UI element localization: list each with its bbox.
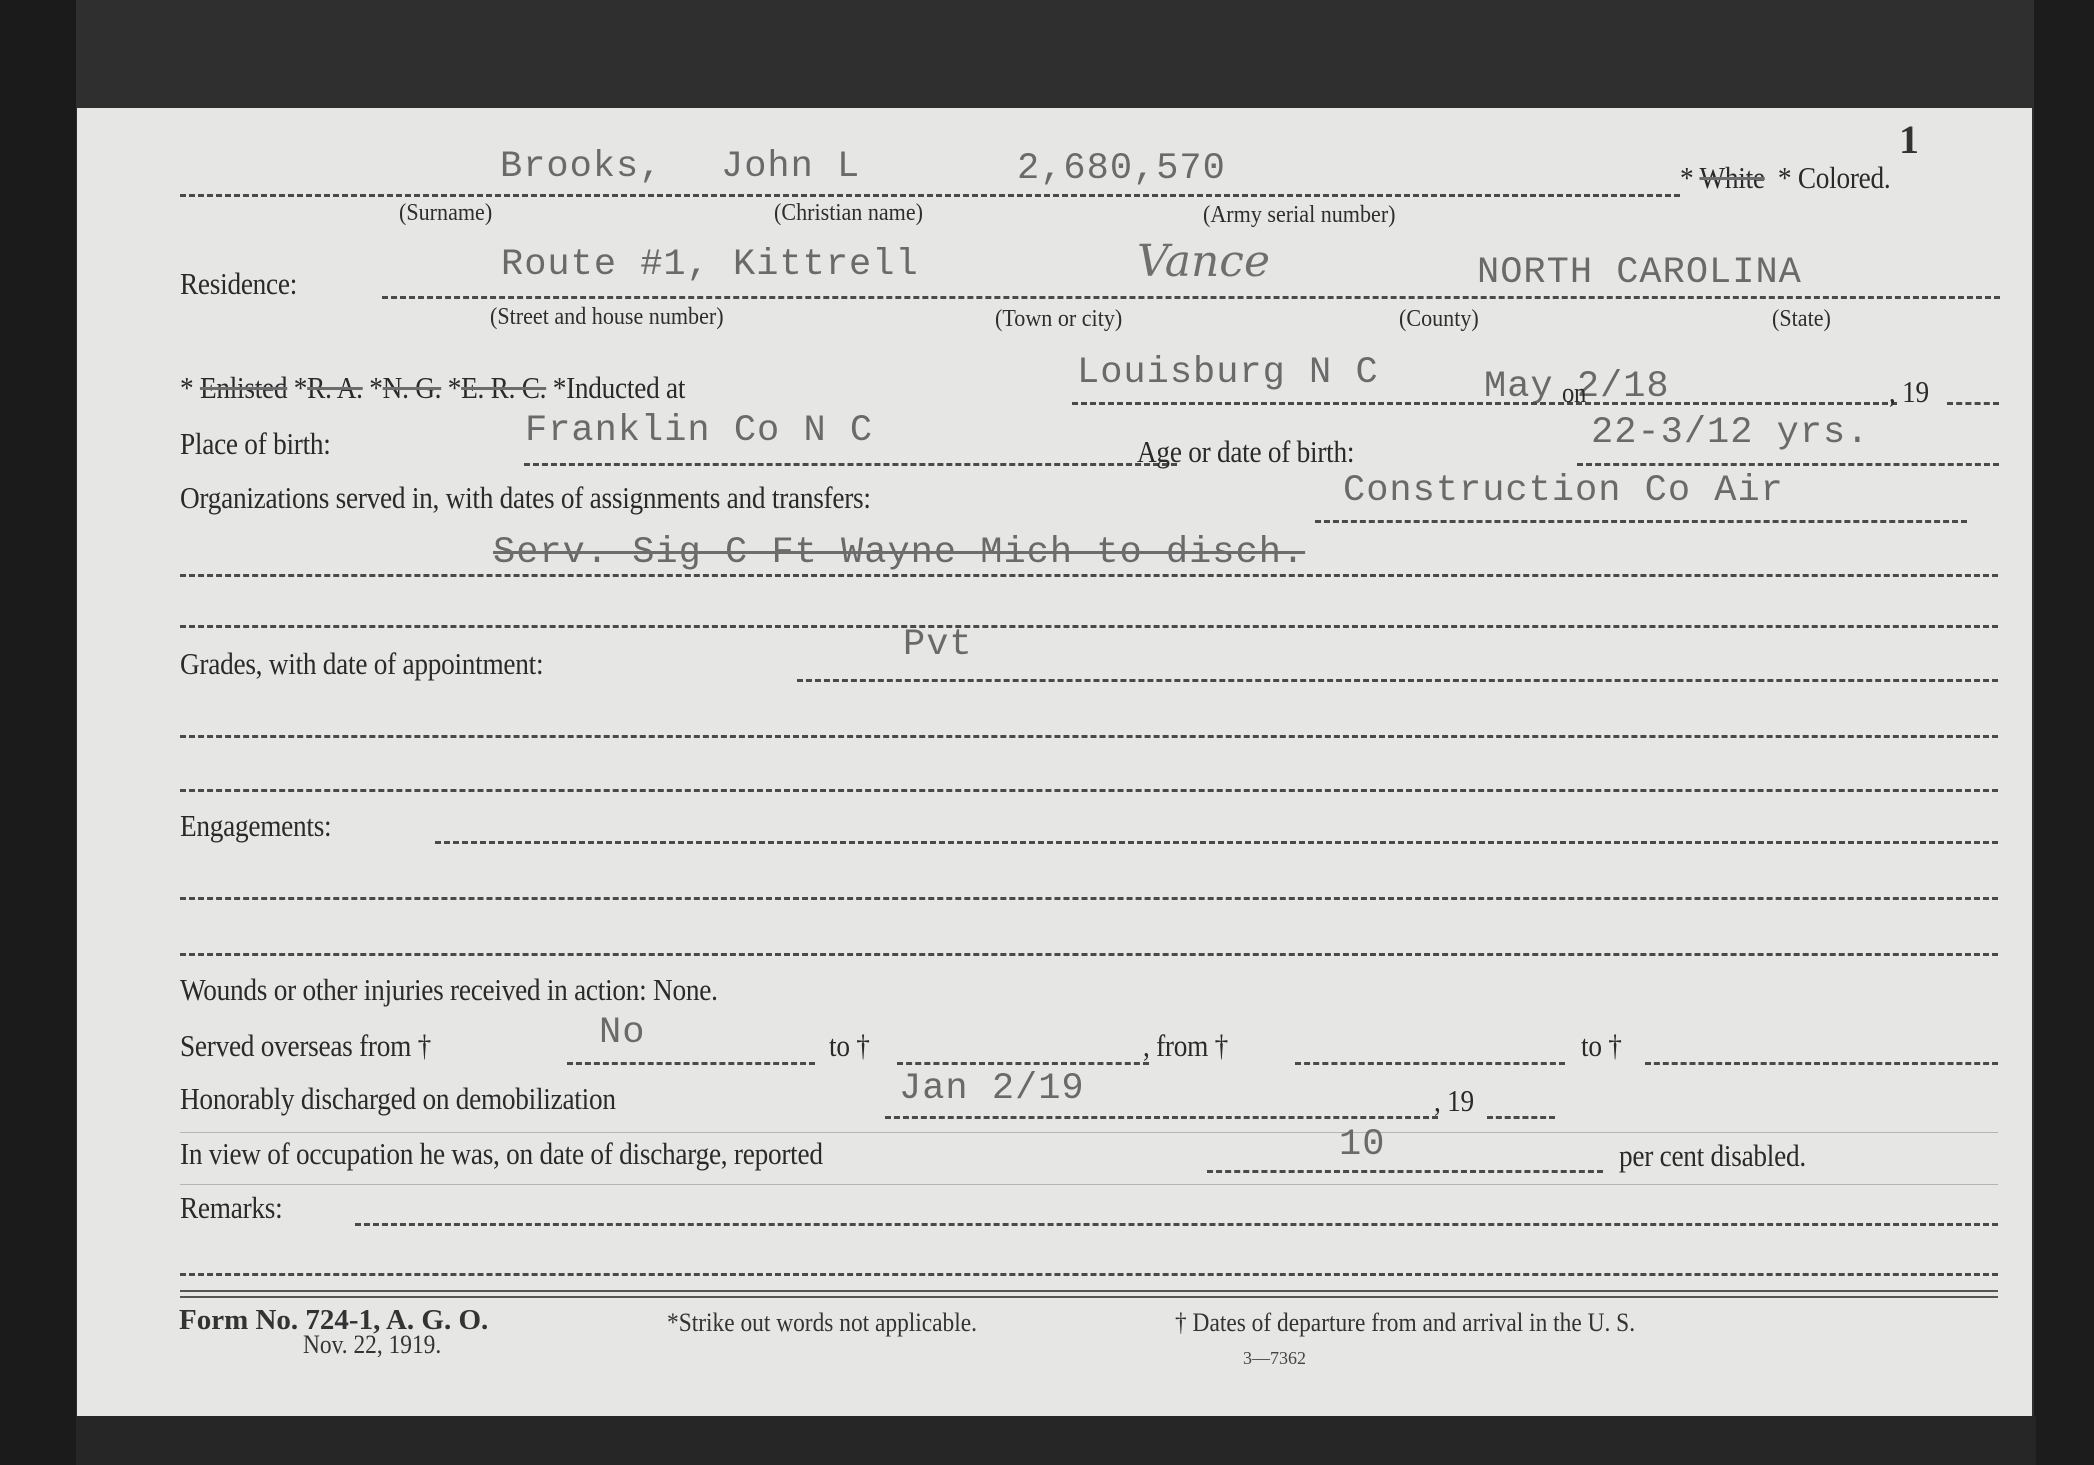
overseas-to-label: to † <box>829 1028 870 1064</box>
service-record-card: 1 Brooks, John L 2,680,570 * White * Col… <box>77 108 2032 1416</box>
print-code: 3—7362 <box>1243 1348 1306 1369</box>
surname-value: Brooks, <box>500 146 662 188</box>
county-handwritten-value: Vance <box>1137 236 1270 287</box>
faint-rule <box>180 1184 1998 1185</box>
organizations-line1 <box>1315 520 1967 523</box>
organizations-value-line2: Serv. Sig C Ft Wayne Mich to disch. <box>493 532 1305 574</box>
induction-year-suffix: , 19 <box>1889 374 1929 410</box>
discharge-label: Honorably discharged on demobilization <box>180 1081 616 1117</box>
remarks-line2 <box>180 1273 1998 1276</box>
street-caption: (Street and house number) <box>490 304 724 331</box>
overseas-from-value: No <box>599 1012 645 1054</box>
state-value: NORTH CAROLINA <box>1477 252 1802 294</box>
induction-year-line <box>1947 402 1999 405</box>
state-caption: (State) <box>1772 306 1831 333</box>
inducted-at-value: Louisburg N C <box>1077 352 1379 394</box>
residence-line <box>382 296 2000 299</box>
double-rule-top <box>180 1290 1998 1292</box>
scanner-border-left <box>0 0 76 1465</box>
residence-label: Residence: <box>180 266 297 302</box>
double-rule-bottom <box>180 1296 1998 1298</box>
serial-caption: (Army serial number) <box>1203 202 1396 229</box>
remarks-label: Remarks: <box>180 1190 282 1226</box>
form-date: Nov. 22, 1919. <box>303 1330 441 1360</box>
name-line <box>180 194 1680 197</box>
remarks-line1 <box>355 1223 1998 1226</box>
organizations-line3 <box>180 625 1998 628</box>
town-caption: (Town or city) <box>995 306 1122 333</box>
race-white-struck: White <box>1699 160 1764 195</box>
overseas-from-line <box>567 1062 815 1065</box>
disability-label: In view of occupation he was, on date of… <box>180 1136 823 1172</box>
age-line <box>1577 463 1999 466</box>
county-caption: (County) <box>1399 306 1479 333</box>
overseas-from2-label: , from † <box>1143 1028 1228 1064</box>
page-number: 1 <box>1899 116 1919 163</box>
engagements-label: Engagements: <box>180 808 331 844</box>
disability-suffix: per cent disabled. <box>1619 1138 1806 1174</box>
overseas-to-line <box>897 1062 1149 1065</box>
inducted-line <box>1072 402 1897 405</box>
overseas-from2-line <box>1295 1062 1565 1065</box>
overseas-to2-line <box>1645 1062 1998 1065</box>
age-label: Age or date of birth: <box>1137 434 1354 470</box>
engagements-line2 <box>180 897 1998 900</box>
disability-percent-value: 10 <box>1339 1124 1385 1166</box>
ra-struck: R. A. <box>307 370 363 405</box>
organizations-value-line1: Construction Co Air <box>1343 470 1784 512</box>
engagements-line1 <box>435 841 1998 844</box>
discharge-year-suffix: , 19 <box>1434 1083 1474 1119</box>
discharge-date-value: Jan 2/19 <box>899 1068 1085 1110</box>
engagements-line3 <box>180 953 1998 956</box>
on-label: on <box>1562 378 1586 410</box>
overseas-to2-label: to † <box>1581 1028 1622 1064</box>
ng-struck: N. G. <box>383 370 442 405</box>
race-options: * White * Colored. <box>1680 160 1890 196</box>
organizations-line2 <box>180 574 1998 577</box>
age-value: 22-3/12 yrs. <box>1591 412 1869 454</box>
enlisted-struck: Enlisted <box>200 370 287 405</box>
inducted-at-label: *Inducted at <box>553 370 685 405</box>
overseas-from-label: Served overseas from † <box>180 1028 431 1064</box>
serial-number-value: 2,680,570 <box>1017 148 1226 190</box>
discharge-year-line <box>1487 1116 1555 1119</box>
grades-line1 <box>797 679 1998 682</box>
wounds-text: Wounds or other injuries received in act… <box>180 972 718 1008</box>
surname-caption: (Surname) <box>399 200 492 227</box>
faint-rule <box>180 1132 1998 1133</box>
grades-value: Pvt <box>903 624 973 666</box>
place-of-birth-label: Place of birth: <box>180 426 331 462</box>
race-colored: Colored. <box>1798 160 1891 195</box>
grades-line3 <box>180 789 1998 792</box>
dagger-note: † Dates of departure from and arrival in… <box>1175 1308 1635 1338</box>
scanner-border-right <box>2034 0 2094 1465</box>
organizations-label: Organizations served in, with dates of a… <box>180 480 871 516</box>
street-value: Route #1, Kittrell <box>501 244 919 286</box>
place-of-birth-line <box>524 463 1177 466</box>
strike-out-note: *Strike out words not applicable. <box>667 1308 977 1338</box>
grades-label: Grades, with date of appointment: <box>180 646 543 682</box>
scanner-border-bottom <box>76 1416 2036 1465</box>
grades-line2 <box>180 735 1998 738</box>
christian-name-caption: (Christian name) <box>774 200 923 227</box>
enlistment-type-options: * Enlisted *R. A. *N. G. *E. R. C. *Indu… <box>180 370 685 406</box>
disability-line <box>1207 1170 1603 1173</box>
christian-name-value: John L <box>721 146 860 188</box>
discharge-line <box>885 1116 1438 1119</box>
erc-struck: E. R. C. <box>461 370 546 405</box>
place-of-birth-value: Franklin Co N C <box>525 410 873 452</box>
